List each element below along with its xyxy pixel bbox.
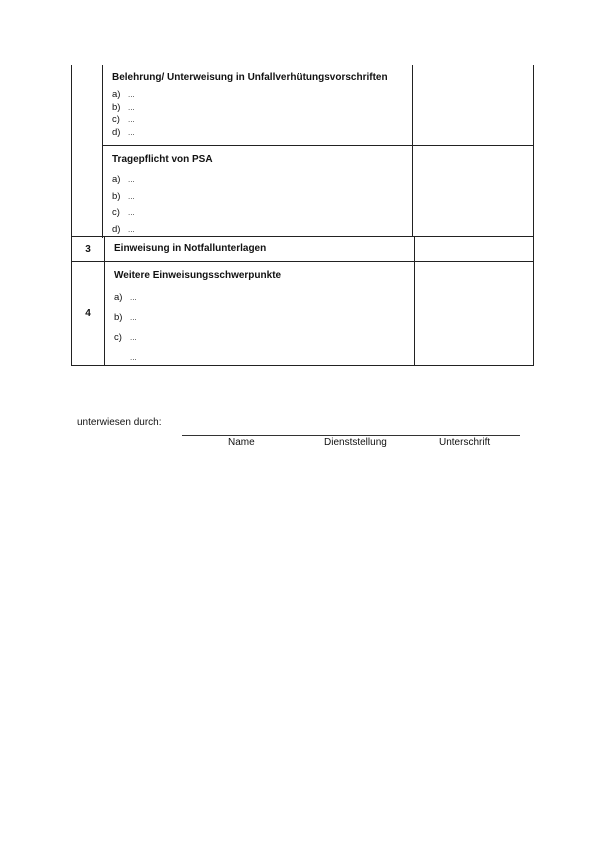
caption-name: Name <box>228 437 255 448</box>
row-heading: Tragepflicht von PSA <box>112 154 412 166</box>
row-number: 3 <box>71 237 105 262</box>
notes-cell <box>415 262 534 366</box>
document-page: Belehrung/ Unterweisung in Unfallverhütu… <box>0 0 600 848</box>
caption-position: Dienststellung <box>324 437 387 448</box>
table-row: Belehrung/ Unterweisung in Unfallverhütu… <box>71 65 534 146</box>
list-item: b)... <box>112 189 412 206</box>
row-heading: Belehrung/ Unterweisung in Unfallverhütu… <box>112 72 412 84</box>
row-number <box>71 146 103 237</box>
list-item: d)... <box>112 127 412 140</box>
signature-line[interactable] <box>182 435 520 436</box>
list-item: a)... <box>112 89 412 102</box>
row-heading: Weitere Einweisungsschwerpunkte <box>114 270 414 282</box>
table-row: 3 Einweisung in Notfallunterlagen <box>71 236 534 262</box>
instruction-table: Belehrung/ Unterweisung in Unfallverhütu… <box>71 65 534 366</box>
list-item: c)... <box>114 328 414 348</box>
row-content: Einweisung in Notfallunterlagen <box>105 237 415 262</box>
row-content: Belehrung/ Unterweisung in Unfallverhütu… <box>103 65 413 146</box>
list-item: a)... <box>114 288 414 308</box>
instructed-by-label: unterwiesen durch: <box>77 417 162 428</box>
list-item: c)... <box>112 205 412 222</box>
table-row: Tragepflicht von PSA a)... b)... c)... d… <box>71 146 534 237</box>
row-content: Weitere Einweisungsschwerpunkte a)... b)… <box>105 262 415 366</box>
list-item: a)... <box>112 172 412 189</box>
row-number <box>71 65 103 146</box>
notes-cell <box>413 146 534 237</box>
row-content: Tragepflicht von PSA a)... b)... c)... d… <box>103 146 413 237</box>
row-number: 4 <box>71 262 105 366</box>
list-item: b)... <box>114 308 414 328</box>
list-item: c)... <box>112 114 412 127</box>
list-item: b)... <box>112 102 412 115</box>
list-item: ... <box>114 348 414 368</box>
notes-cell <box>413 65 534 146</box>
table-row: 4 Weitere Einweisungsschwerpunkte a)... … <box>71 262 534 366</box>
notes-cell <box>415 237 534 262</box>
caption-signature: Unterschrift <box>439 437 490 448</box>
row-heading: Einweisung in Notfallunterlagen <box>114 243 266 255</box>
